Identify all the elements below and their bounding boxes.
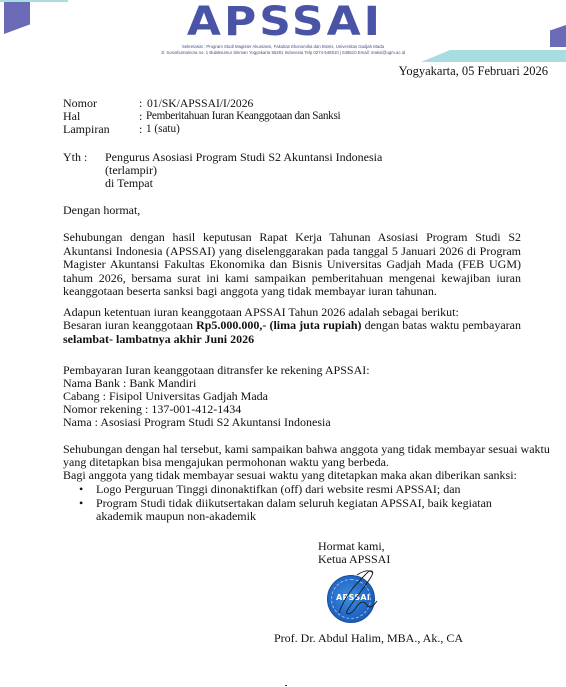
fee-prefix: Besaran iuran keanggotaan — [63, 318, 196, 332]
fee-line: Besaran iuran keanggotaan Rp5.000.000,- … — [63, 319, 521, 333]
signature-icon — [327, 565, 383, 625]
meta-label-lampiran: Lampiran — [63, 123, 110, 136]
payment-account-name: Nama : Asosiasi Program Studi S2 Akuntan… — [63, 416, 331, 429]
fee-middle: dengan batas waktu pembayaran — [362, 318, 521, 332]
signer-name: Prof. Dr. Abdul Halim, MBA., Ak., CA — [274, 631, 463, 646]
meta-value-lampiran: 1 (satu) — [146, 123, 180, 136]
sanction-list: • Logo Perguruan Tinggi dinonaktifkan (o… — [63, 483, 533, 524]
letterhead-secretariat-line: Sekretariat : Program Studi Magister Aku… — [100, 44, 466, 49]
sanction-paragraph-line: Bagi anggota yang tidak membayar sesuai … — [63, 469, 517, 482]
letterhead-address-line: Jl. Sosiohumaniora no. 1 Bulaksumur Slem… — [100, 50, 466, 55]
bullet-icon: • — [79, 483, 83, 497]
sanction-list-item: • Logo Perguruan Tinggi dinonaktifkan (o… — [63, 483, 533, 497]
meta-value-hal: Pemberitahuan Iuran Keanggotaan dan Sank… — [146, 110, 340, 123]
letter-date: Yogyakarta, 05 Februari 2026 — [399, 65, 548, 78]
fee-deadline: selambat- lambatnya akhir Juni 2026 — [63, 332, 254, 346]
page-mark — [285, 685, 287, 686]
letterhead-purple-corner-left — [4, 2, 30, 34]
bullet-icon: • — [79, 497, 83, 511]
recipient-line: di Tempat — [105, 177, 153, 190]
letter-page: APSSAI Sekretariat : Program Studi Magis… — [0, 0, 566, 687]
recipient-label: Yth : — [63, 151, 87, 164]
opening-paragraph-text: Sehubungan dengan hasil keputusan Rapat … — [63, 231, 521, 299]
sanction-text: Logo Perguruan Tinggi dinonaktifkan (off… — [96, 482, 461, 496]
meta-colon: : — [139, 123, 142, 136]
apssai-logo: APSSAI — [150, 0, 420, 45]
salutation: Dengan hormat, — [63, 204, 140, 217]
sanction-text: Program Studi tidak diikutsertakan dalam… — [96, 496, 492, 524]
opening-paragraph: Sehubungan dengan hasil keputusan Rapat … — [63, 231, 521, 299]
sanction-list-item: • Program Studi tidak diikutsertakan dal… — [63, 497, 511, 524]
fee-deadline-line: selambat- lambatnya akhir Juni 2026 — [63, 333, 521, 347]
meta-value-nomor: 01/SK/APSSAI/I/2026 — [147, 97, 253, 110]
fee-paragraph: Besaran iuran keanggotaan Rp5.000.000,- … — [63, 319, 521, 346]
letterhead-teal-stripe — [0, 0, 68, 2]
letterhead-purple-corner-right — [550, 25, 566, 47]
fee-amount: Rp5.000.000,- (lima juta rupiah) — [196, 318, 361, 332]
